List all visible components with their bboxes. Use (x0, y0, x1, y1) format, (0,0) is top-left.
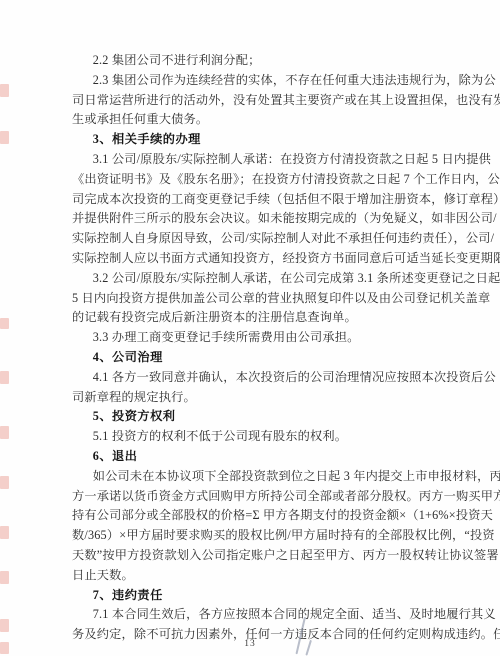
text-line: 日止天数。 (72, 566, 432, 586)
left-edge-scan-mark (0, 526, 9, 539)
text-line: 的记载有投资完成后新注册资本的注册信息查询单。 (72, 308, 432, 328)
section-heading-line: 4、公司治理 (72, 348, 432, 368)
text-line: 方一承诺以货币资金方式回购甲方所持公司全部或者部分股权。丙方一购买甲方 (72, 487, 432, 507)
text-line: 3.1 公司/原股东/实际控制人承诺：在投资方付清投资款之日起 5 日内提供 (72, 150, 432, 170)
text-line: 司新章程的规定执行。 (72, 388, 432, 408)
text-line: 生或承担任何重大债务。 (72, 110, 432, 130)
scanned-contract-page: 2.2 集团公司不进行利润分配；2.3 集团公司作为连续经营的实体，不存在任何重… (0, 0, 500, 656)
left-edge-scan-mark (0, 131, 9, 144)
text-line: 《出资证明书》及《股东名册》；在投资方付清投资款之日起 7 个工作日内，公 (72, 170, 432, 190)
text-line: 司完成本次投资的工商变更登记手续（包括但不限于增加注册资本，修订章程） (72, 190, 432, 210)
text-line: 司日常运营所进行的活动外，没有处置其主要资产或在其上设置担保，也没有发 (72, 91, 432, 111)
left-edge-scan-mark (0, 571, 9, 584)
text-line: 3.2 公司/原股东/实际控制人承诺，在公司完成第 3.1 条所述变更登记之日起 (72, 269, 432, 289)
contract-text-body: 2.2 集团公司不进行利润分配；2.3 集团公司作为连续经营的实体，不存在任何重… (72, 51, 432, 645)
text-line: 2.2 集团公司不进行利润分配； (72, 51, 432, 71)
section-heading-line: 3、相关手续的办理 (72, 130, 432, 150)
left-edge-scan-mark (0, 642, 9, 654)
text-line: 5 日内向投资方提供加盖公司公章的营业执照复印件以及由公司登记机关盖章 (72, 289, 432, 309)
section-heading-line: 6、退出 (72, 447, 432, 467)
text-line: 并提供附件三所示的股东会决议。如未能按期完成的（为免疑义，如非因公司/ (72, 209, 432, 229)
page-number: 13 (0, 639, 500, 649)
left-edge-scan-mark (0, 426, 9, 439)
text-line: 7.1 本合同生效后，各方应按照本合同的规定全面、适当、及时地履行其义 (72, 605, 432, 625)
text-line: 数/365）×甲方届时要求购买的股权比例/甲方届时持有的全部股权比例，“投资 (72, 526, 432, 546)
section-heading-line: 7、违约责任 (72, 586, 432, 606)
section-heading-line: 5、投资方权利 (72, 407, 432, 427)
left-edge-scan-mark (0, 371, 9, 384)
text-line: 实际控制人自身原因导致，公司/实际控制人对此不承担任何违约责任），公司/ (72, 229, 432, 249)
left-edge-scan-mark (0, 318, 9, 329)
text-line: 天数”按甲方投资款划入公司指定账户之日起至甲方、丙方一股权转让协议签署 (72, 546, 432, 566)
left-edge-scan-mark (0, 619, 9, 632)
left-edge-scan-mark (0, 476, 9, 489)
text-line: 5.1 投资方的权利不低于公司现有股东的权利。 (72, 427, 432, 447)
text-line: 4.1 各方一致同意并确认，本次投资后的公司治理情况应按照本次投资后公 (72, 368, 432, 388)
text-line: 实际控制人应以书面方式通知投资方，经投资方书面同意后可适当延长变更期限。 (72, 249, 432, 269)
text-line: 如公司未在本协议项下全部投资款到位之日起 3 年内提交上市申报材料，丙 (72, 467, 432, 487)
text-line: 2.3 集团公司作为连续经营的实体，不存在任何重大违法违规行为，除为公 (72, 71, 432, 91)
text-line: 3.3 办理工商变更登记手续所需费用由公司承担。 (72, 328, 432, 348)
text-line: 持有公司部分或全部股权的价格=Σ 甲方各期支付的投资金额×（1+6%×投资天 (72, 506, 432, 526)
left-edge-scan-mark (0, 84, 9, 97)
